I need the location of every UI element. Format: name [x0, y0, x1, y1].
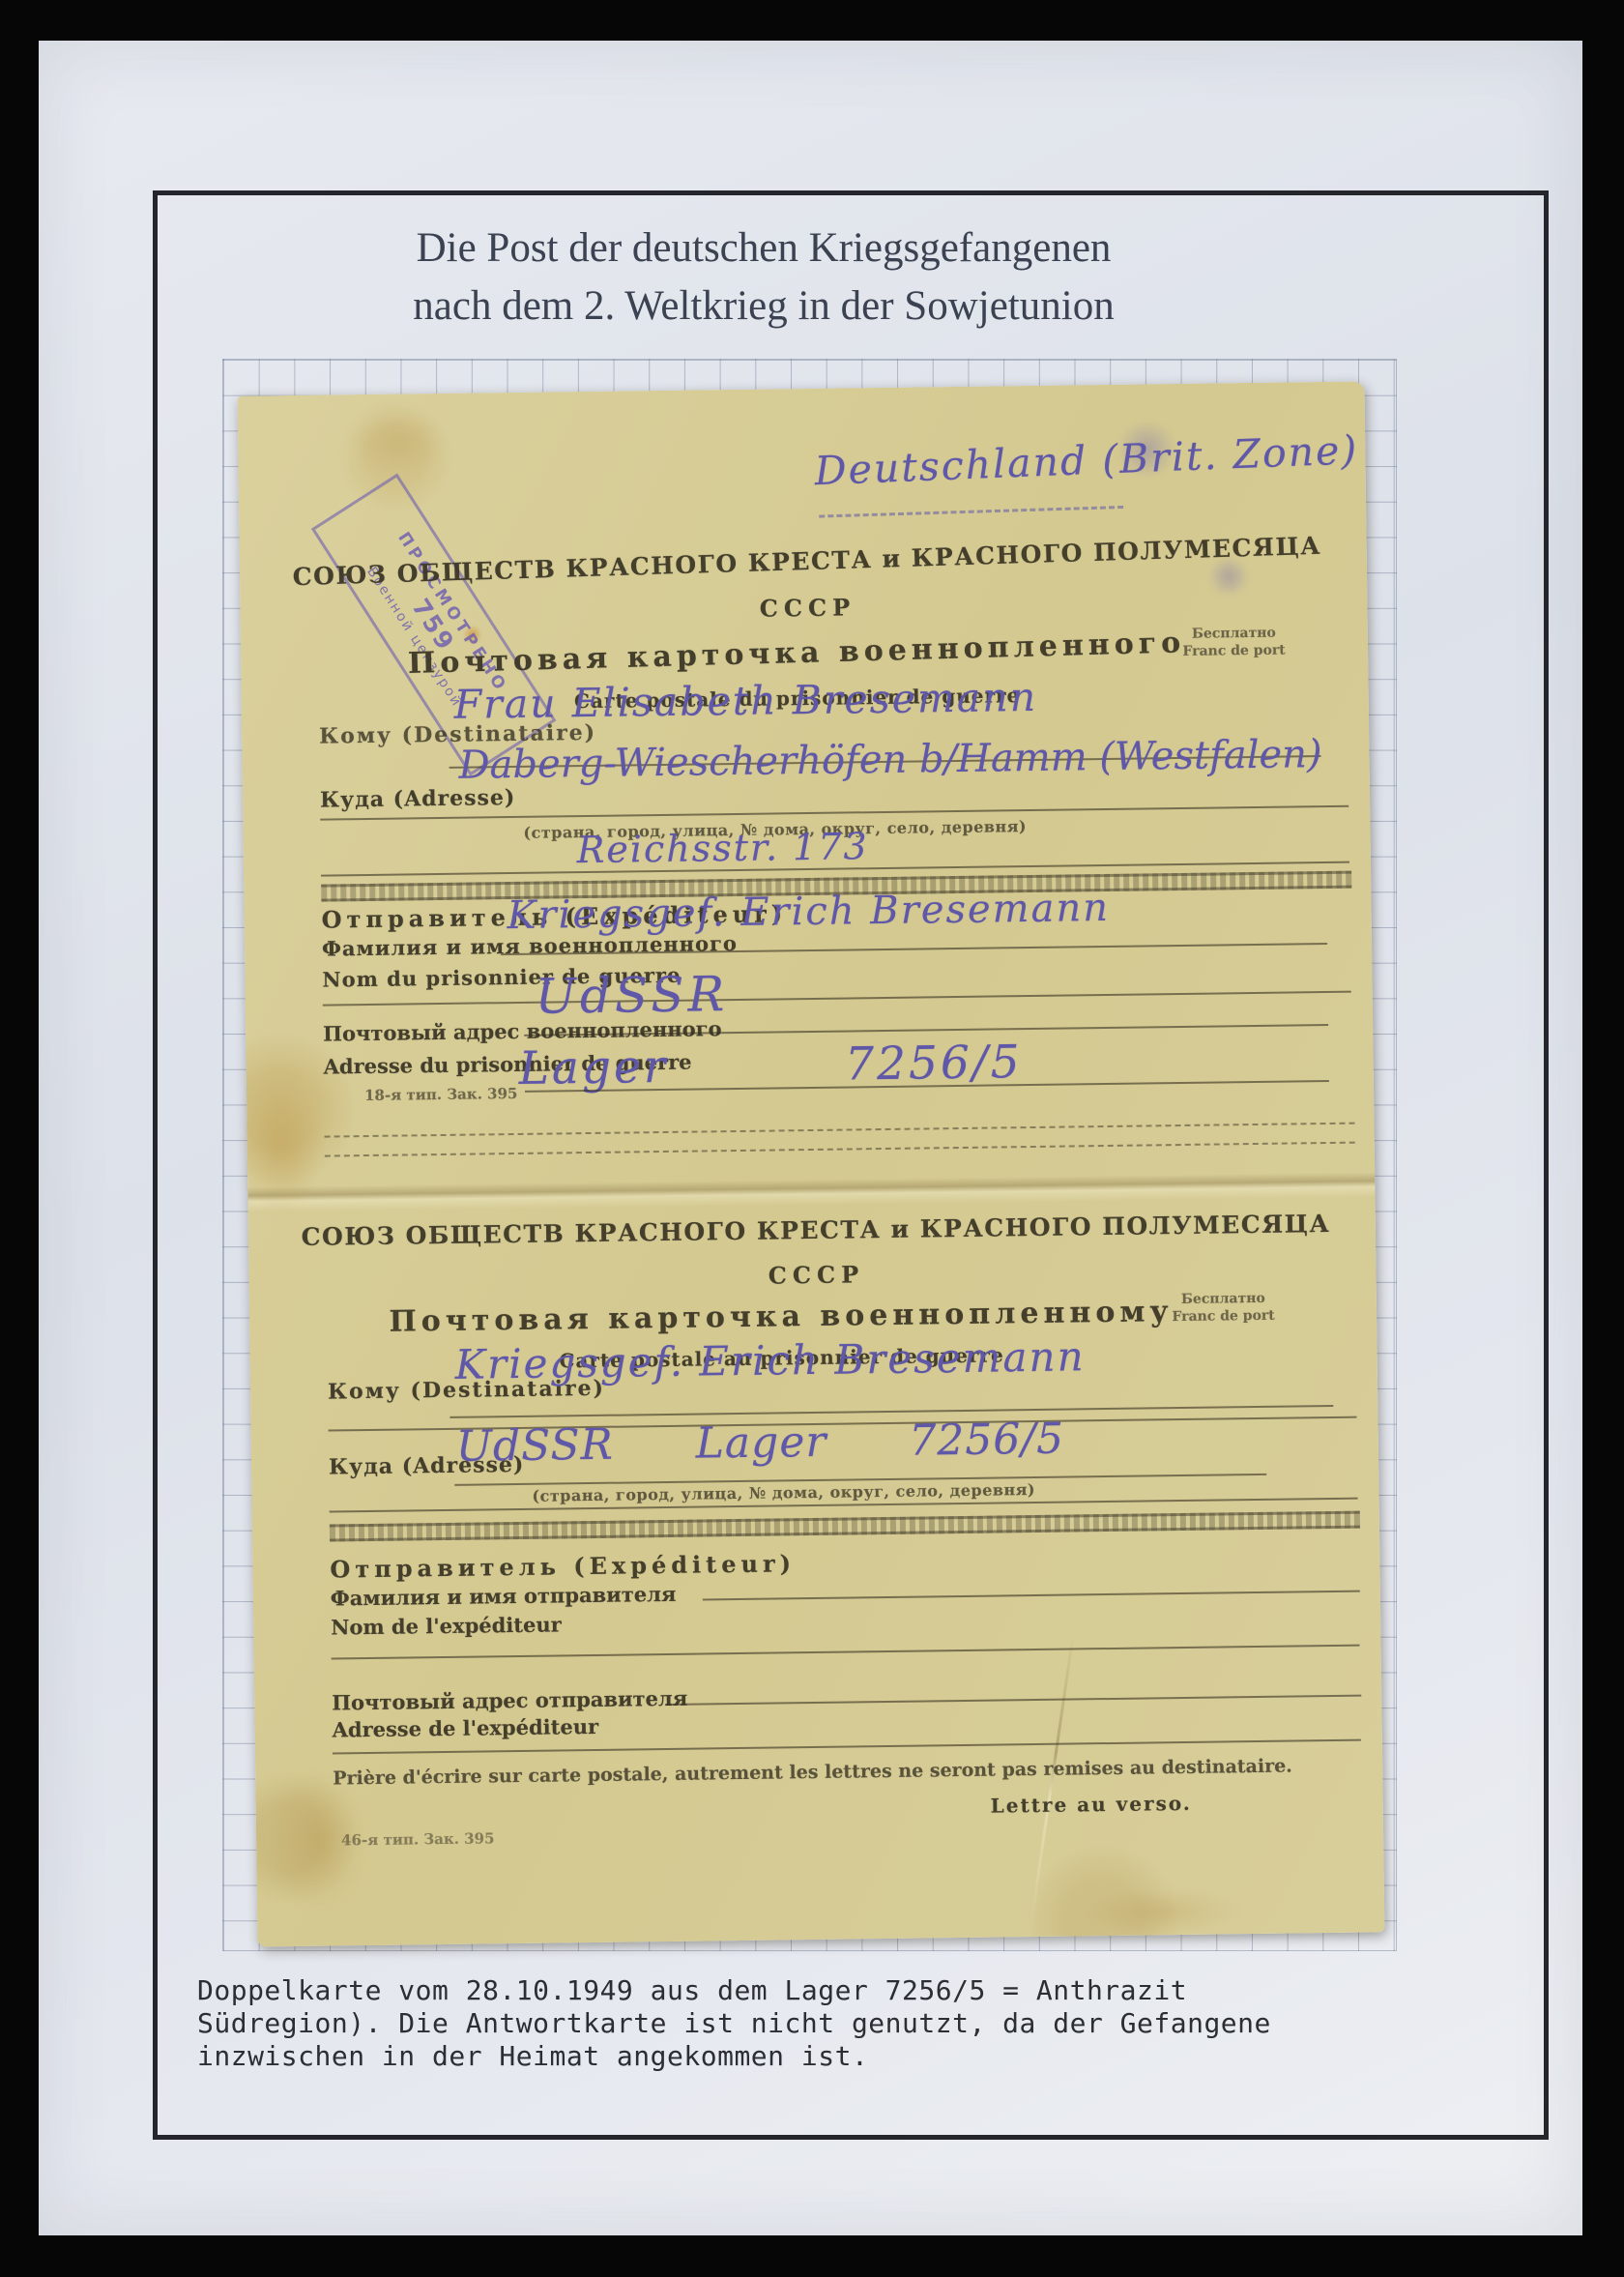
section-divider: [330, 1511, 1360, 1542]
ruled-line: [323, 991, 1351, 1007]
paper-stain: [1079, 1886, 1244, 1937]
handwritten-sender-name: Kriegsgef. Erich Bresemann: [507, 886, 1110, 938]
caption-line2: Südregion). Die Antwortkarte ist nicht g…: [197, 2007, 1271, 2039]
perforation-line: [325, 1123, 1355, 1138]
handwritten-address: UdSSR Lager 7256/5: [455, 1415, 1064, 1472]
paper-crease: [1029, 1634, 1074, 1931]
paper-stain: [237, 1063, 326, 1218]
sender-address-label-ru: Почтовый адрес отправителя: [332, 1686, 687, 1715]
handwritten-recipient: Frau Elisabeth Bresemann: [453, 674, 1037, 728]
address-label: Куда (Adresse): [320, 785, 516, 813]
free-post-note: Бесплатно Franc de port: [1135, 624, 1333, 661]
sender-label: Отправитель (Expéditeur): [330, 1549, 796, 1583]
album-page-photo: Die Post der deutschen Kriegsgefangenen …: [0, 0, 1624, 2277]
sender-name-label-fr: Nom de l'expéditeur: [331, 1612, 562, 1639]
page-title-line1: Die Post der deutschen Kriegsgefangenen: [164, 224, 1363, 272]
card-type-russian: Почтовая карточка военнопленного: [395, 626, 1199, 681]
handwritten-recipient: Kriegsgef. Erich Bresemann: [454, 1332, 1086, 1388]
perforation-line: [325, 1142, 1355, 1157]
sender-address-label-fr: Adresse de l'expéditeur: [332, 1714, 598, 1742]
ruled-line: [703, 1591, 1360, 1601]
caption-line1: Doppelkarte vom 28.10.1949 aus dem Lager…: [197, 1974, 1187, 2006]
handwritten-street: Reichsstr. 173: [576, 825, 869, 871]
ruled-line: [665, 1695, 1361, 1706]
letter-verso-note: Lettre au verso.: [991, 1792, 1192, 1818]
caption-line3: inzwischen in der Heimat angekommen ist.: [197, 2040, 868, 2072]
paper-stain: [352, 409, 445, 478]
free-post-note: Бесплатно Franc de port: [1119, 1289, 1327, 1327]
red-cross-org-line: СОЮЗ ОБЩЕСТВ КРАСНОГО КРЕСТА и КРАСНОГО …: [290, 532, 1324, 592]
print-shop-imprint: 46-я тип. Зак. 395: [341, 1829, 495, 1849]
ruled-line: [333, 1739, 1361, 1755]
postal-notice-french: Prière d'écrire sur carte postale, autre…: [333, 1756, 1292, 1790]
ruled-line: [332, 1645, 1360, 1660]
page-title-line2: nach dem 2. Weltkrieg in der Sowjetunion: [164, 282, 1363, 330]
pow-double-postcard: Deutschland (Brit. Zone) ПРОСМОТРЕНО 759…: [238, 381, 1385, 1946]
handwritten-udssr: UdSSR: [535, 966, 728, 1025]
print-shop-imprint: 18-я тип. Зак. 395: [364, 1085, 518, 1104]
handwritten-country-annotation: Deutschland (Brit. Zone): [814, 426, 1359, 494]
sender-name-label-ru: Фамилия и имя отправителя: [331, 1582, 677, 1611]
annotation-underline: [819, 506, 1123, 518]
free-post-fr: Franc de port: [1135, 641, 1333, 661]
red-cross-org-line: СОЮЗ ОБЩЕСТВ КРАСНОГО КРЕСТА и КРАСНОГО …: [299, 1210, 1333, 1251]
free-post-fr: Franc de port: [1119, 1306, 1327, 1327]
ussr-line: СССР: [299, 1254, 1333, 1296]
address-hint: (страна, город, улица, № дома, округ, се…: [532, 1480, 1035, 1505]
